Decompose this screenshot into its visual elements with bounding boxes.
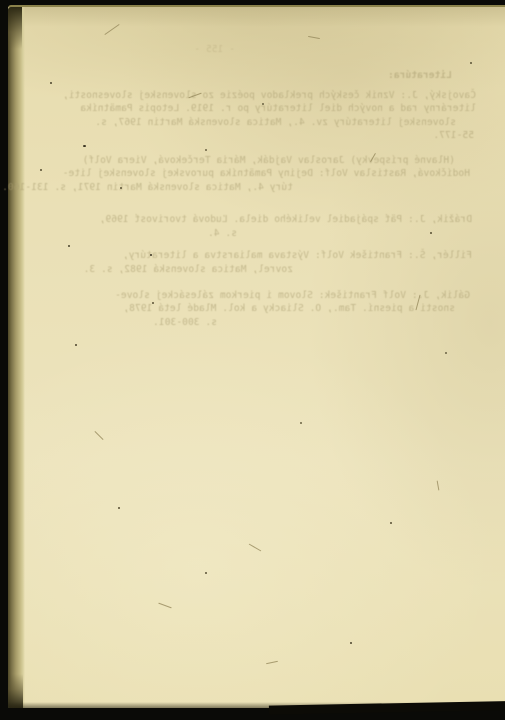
paper-fiber xyxy=(94,431,103,440)
scan-viewport: - 155 - Literatúra: Čavojský, J.: Vznik … xyxy=(0,0,505,720)
bleedthrough-text-block: - 155 - Literatúra: Čavojský, J.: Vznik … xyxy=(64,66,476,366)
paper-speck xyxy=(120,187,122,189)
bleedthrough-line: snosti a piesní. Tam., O. Sliacky a kol.… xyxy=(123,303,455,314)
bleedthrough-page-number: - 155 - xyxy=(194,44,235,55)
scanned-book-page: - 155 - Literatúra: Čavojský, J.: Vznik … xyxy=(8,5,505,708)
paper-speck xyxy=(205,149,207,151)
paper-speck xyxy=(470,62,472,64)
paper-speck xyxy=(68,245,70,247)
paper-fiber xyxy=(249,544,262,552)
bleedthrough-line: Drážik, J.: Päť spájadiel velikého diela… xyxy=(100,214,472,225)
paper-speck xyxy=(83,145,86,147)
paper-speck xyxy=(205,572,207,574)
bleedthrough-line: s. 300-301. xyxy=(153,317,217,328)
paper-fiber xyxy=(308,36,320,39)
bleedthrough-line: (Hlavné príspevky) Jaroslav Vajdák, Mári… xyxy=(83,155,455,166)
page-top-shading xyxy=(8,7,505,27)
paper-speck xyxy=(300,422,302,424)
bleedthrough-line: Čavojský, J.: Vznik českých prekladov po… xyxy=(63,90,476,101)
paper-speck xyxy=(75,344,77,346)
page-spine-edge xyxy=(8,7,25,708)
paper-fiber xyxy=(158,603,171,609)
paper-speck xyxy=(118,507,120,509)
bleedthrough-line: túry 4., Matica slovenská Martin 1971, s… xyxy=(2,182,293,193)
paper-speck xyxy=(262,103,264,105)
paper-speck xyxy=(430,232,432,234)
bleedthrough-line: literárny rad a nových diel literatúry p… xyxy=(80,103,476,114)
bleedthrough-line: 55-177. xyxy=(433,130,474,141)
bleedthrough-line: zovrel, Matica slovenská 1982, s. 3. xyxy=(83,264,293,275)
paper-speck xyxy=(50,82,52,84)
paper-fiber xyxy=(266,661,278,664)
bleedthrough-line: s. 4. xyxy=(208,228,237,239)
bleedthrough-line: Hodíčková, Rastislav Volf: Dejiny Pamätn… xyxy=(63,168,470,179)
bleedthrough-heading: Literatúra: xyxy=(388,70,452,81)
bleedthrough-line: slovenskej literatúry zv. 4., Matica slo… xyxy=(95,117,456,128)
paper-speck xyxy=(150,254,152,256)
spine-top-blotch xyxy=(8,7,22,49)
paper-speck xyxy=(350,642,352,644)
paper-speck xyxy=(390,522,392,524)
paper-speck xyxy=(40,169,42,171)
paper-speck xyxy=(152,302,154,304)
bleedthrough-line: Gálik, J.: Volf František: Slovom i pier… xyxy=(115,290,470,301)
bleedthrough-line: Fillér, Š.: František Volf: Výstava mali… xyxy=(123,250,472,261)
paper-speck xyxy=(445,352,447,354)
paper-fiber xyxy=(437,480,440,490)
